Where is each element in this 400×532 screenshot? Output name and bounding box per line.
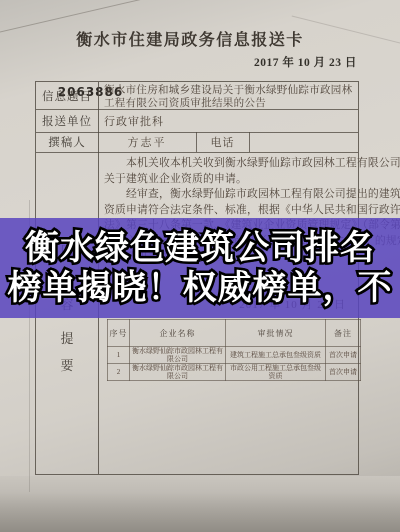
summary-label-char-3: 提: [36, 328, 98, 347]
headline-overlay-banner: 衡水绿色建筑公司排名 榜单揭晓！权威榜单，不: [0, 218, 400, 318]
body-line: 资质申请符合法定条件、标准，根据《中华人民共和国行政许可: [104, 203, 360, 219]
cell-company: 衡水绿野仙踪市政园林工程有限公司: [130, 364, 226, 381]
phone-label: 电话: [196, 132, 249, 152]
table-row: 1 衡水绿野仙踪市政园林工程有限公司 建筑工程施工总承包叁级资质 首次申请: [108, 347, 361, 364]
author-label: 撰稿人: [36, 132, 98, 152]
document-title: 衡水市住建局政务信息报送卡: [40, 27, 340, 50]
body-line: 经审查，衡水绿野仙踪市政园林工程有限公司提出的建筑业: [104, 187, 360, 203]
header-company: 企业名称: [130, 320, 226, 347]
cell-approval: 市政公用工程施工总承包叁级资质: [226, 364, 326, 381]
headline-line-1: 衡水绿色建筑公司排名: [25, 228, 375, 268]
header-approval: 审批情况: [226, 320, 326, 347]
divider: [249, 132, 250, 152]
cell-serial: 1: [108, 347, 130, 364]
header-serial: 序号: [108, 320, 130, 347]
author-value: 方志平: [98, 132, 196, 152]
info-title-label: 信息题目: [36, 82, 98, 109]
cell-note: 首次申请: [326, 347, 361, 364]
header-note: 备注: [326, 320, 361, 347]
reporting-unit-value: 行政审批科: [104, 113, 164, 129]
cell-company: 衡水绿野仙踪市政园林工程有限公司: [130, 347, 226, 364]
body-line: 关于建筑业企业资质的申请。: [104, 172, 360, 188]
body-line: 本机关收本机关收到衡水绿野仙踪市政园林工程有限公司: [104, 156, 360, 172]
table-row: 2 衡水绿野仙踪市政园林工程有限公司 市政公用工程施工总承包叁级资质 首次申请: [108, 364, 361, 381]
cell-approval: 建筑工程施工总承包叁级资质: [226, 347, 326, 364]
headline-line-2: 榜单揭晓！权威榜单，不: [8, 268, 393, 308]
table-header-row: 序号 企业名称 审批情况 备注: [108, 320, 361, 347]
summary-label-char-4: 要: [36, 355, 98, 374]
approval-results-table: 序号 企业名称 审批情况 备注 1 衡水绿野仙踪市政园林工程有限公司 建筑工程施…: [107, 319, 361, 381]
photo-bottom-shadow: [0, 492, 400, 532]
document-date: 2017 年 10 月 23 日: [254, 54, 357, 70]
info-title-value: 衡水市住房和城乡建设局关于衡水绿野仙踪市政园林工程有限公司资质审批结果的公告: [104, 85, 356, 110]
cell-serial: 2: [108, 364, 130, 381]
reporting-unit-label: 报送单位: [36, 109, 98, 132]
cell-note: 首次申请: [326, 364, 361, 381]
divider: [36, 152, 358, 153]
